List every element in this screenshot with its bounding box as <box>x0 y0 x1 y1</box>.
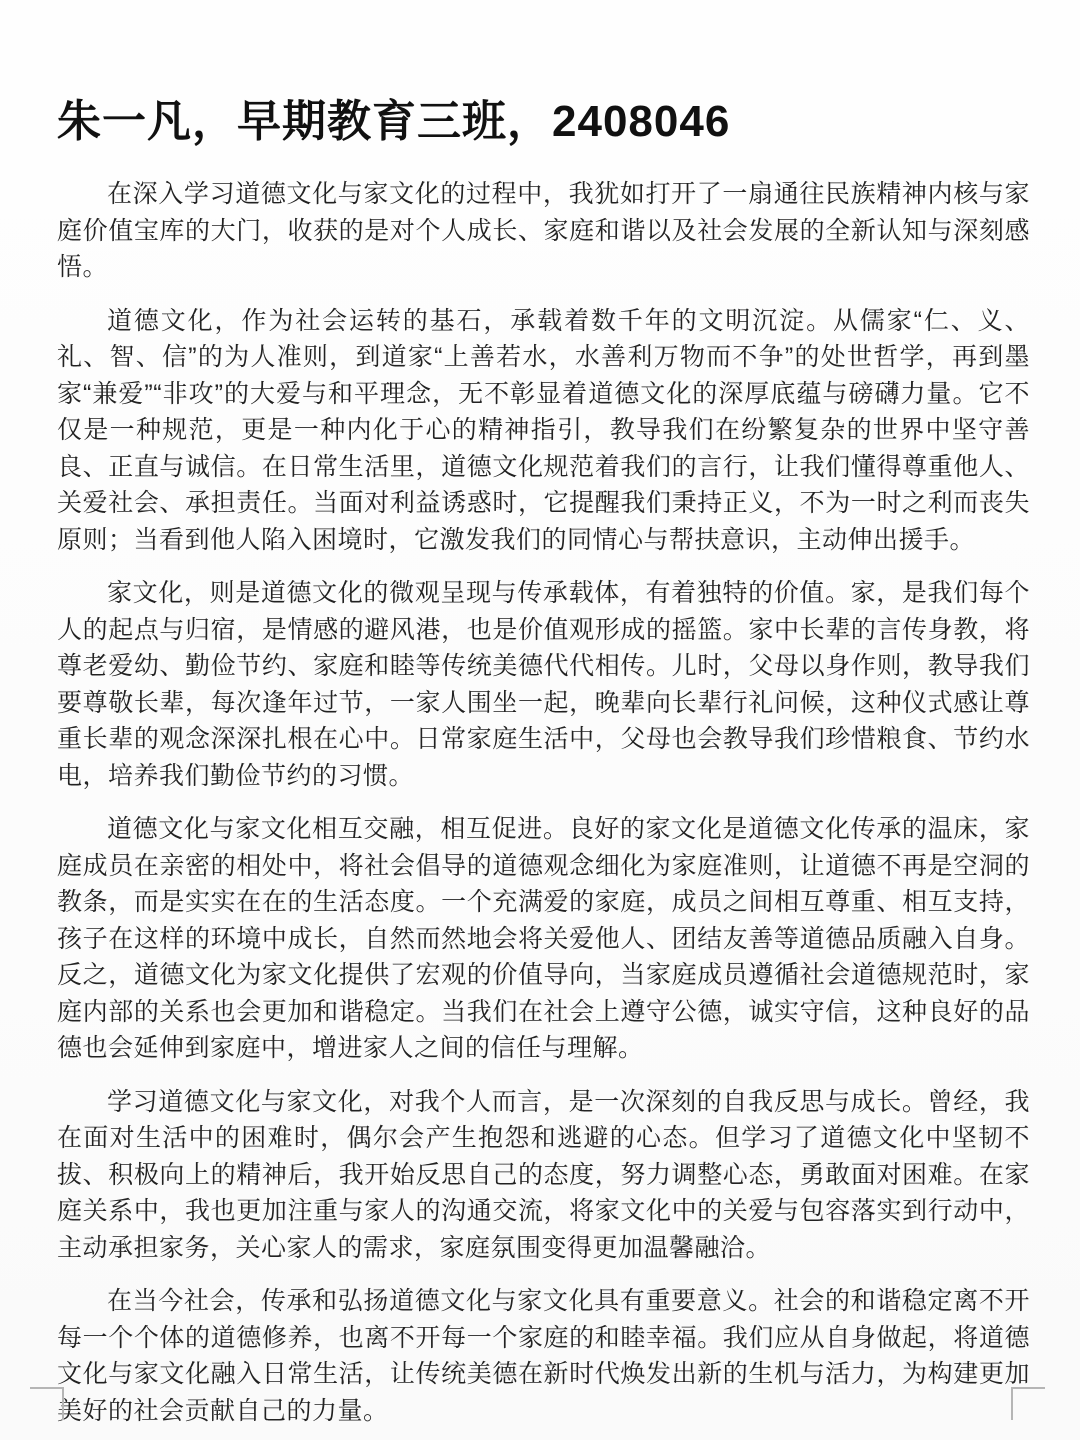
essay-paragraph-moral-culture: 道德文化，作为社会运转的基石，承载着数千年的文明沉淀。从儒家“仁、义、礼、智、信… <box>57 303 1030 559</box>
document-title: 朱一凡，早期教育三班，2408046 <box>57 96 1030 148</box>
page-corner-mark-left <box>30 1387 64 1420</box>
essay-paragraph-intro: 在深入学习道德文化与家文化的过程中，我犹如打开了一扇通往民族精神内核与家庭价值宝… <box>57 176 1030 286</box>
essay-paragraph-mutual-integration: 道德文化与家文化相互交融，相互促进。良好的家文化是道德文化传承的温床，家庭成员在… <box>57 811 1030 1067</box>
essay-body: 在深入学习道德文化与家文化的过程中，我犹如打开了一扇通往民族精神内核与家庭价值宝… <box>57 176 1030 1429</box>
document-page: 朱一凡，早期教育三班，2408046 在深入学习道德文化与家文化的过程中，我犹如… <box>0 0 1080 1440</box>
essay-paragraph-conclusion: 在当今社会，传承和弘扬道德文化与家文化具有重要意义。社会的和谐稳定离不开每一个个… <box>57 1283 1030 1429</box>
essay-paragraph-personal-growth: 学习道德文化与家文化，对我个人而言，是一次深刻的自我反思与成长。曾经，我在面对生… <box>57 1084 1030 1267</box>
essay-paragraph-family-culture: 家文化，则是道德文化的微观呈现与传承载体，有着独特的价值。家，是我们每个人的起点… <box>57 575 1030 794</box>
page-corner-mark-right <box>1011 1387 1045 1420</box>
